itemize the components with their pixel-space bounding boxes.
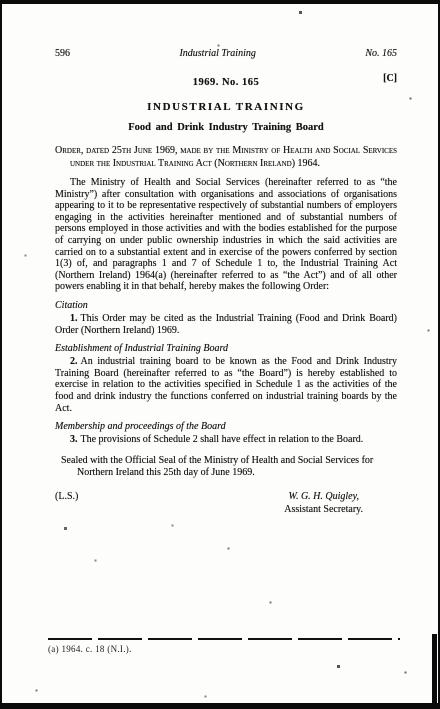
signature-row: (L.S.) W. G. H. Quigley, Assistant Secre…	[55, 490, 397, 516]
section-paragraph-2: 2.An industrial training board to be kno…	[55, 356, 397, 414]
footnote-text: (a) 1964. c. 18 (N.I.).	[48, 644, 400, 654]
section-text-1: This Order may be cited as the Industria…	[55, 313, 397, 336]
section-paragraph-3: 3.The provisions of Schedule 2 shall hav…	[55, 434, 397, 446]
section-heading-citation: Citation	[55, 300, 397, 312]
scan-border-left	[0, 0, 2, 709]
scan-border-bottom	[0, 703, 440, 709]
order-citation-line: Order, dated 25th June 1969, made by the…	[55, 144, 397, 170]
page-subtitle: Food and Drink Industry Training Board	[55, 122, 397, 133]
scan-specks	[0, 0, 1, 1]
section-text-3: The provisions of Schedule 2 shall have …	[81, 434, 364, 445]
seal-mark: (L.S.)	[55, 490, 78, 502]
page-title: INDUSTRIAL TRAINING	[55, 101, 397, 113]
scan-border-right-thick	[432, 634, 437, 704]
preamble-paragraph: The Ministry of Health and Social Servic…	[55, 177, 397, 293]
signature-block: W. G. H. Quigley, Assistant Secretary.	[284, 490, 363, 516]
running-head-issue-number: No. 165	[365, 48, 397, 59]
doc-number: 1969. No. 165	[193, 77, 260, 88]
scanned-document-page: 596 Industrial Training No. 165 1969. No…	[0, 0, 440, 709]
doc-number-row: 1969. No. 165 [C]	[55, 72, 397, 90]
section-heading-establishment: Establishment of Industrial Training Boa…	[55, 343, 397, 355]
section-number-1: 1.	[70, 313, 78, 324]
section-number-2: 2.	[70, 356, 78, 367]
section-paragraph-1: 1.This Order may be cited as the Industr…	[55, 313, 397, 336]
running-head-title: Industrial Training	[179, 48, 255, 59]
signature-title: Assistant Secretary.	[284, 504, 363, 515]
sealed-clause: Sealed with the Official Seal of the Min…	[55, 455, 397, 479]
classification-mark: [C]	[383, 73, 397, 84]
page-content: 596 Industrial Training No. 165 1969. No…	[55, 4, 397, 516]
running-head: 596 Industrial Training No. 165	[55, 48, 397, 59]
section-text-2: An industrial training board to be known…	[55, 356, 397, 413]
footnote-area: (a) 1964. c. 18 (N.I.).	[48, 638, 400, 654]
section-heading-membership: Membership and proceedings of the Board	[55, 421, 397, 433]
section-number-3: 3.	[70, 434, 78, 445]
footnote-rule	[48, 638, 400, 640]
page-number: 596	[55, 48, 70, 59]
signature-name: W. G. H. Quigley,	[289, 491, 363, 502]
